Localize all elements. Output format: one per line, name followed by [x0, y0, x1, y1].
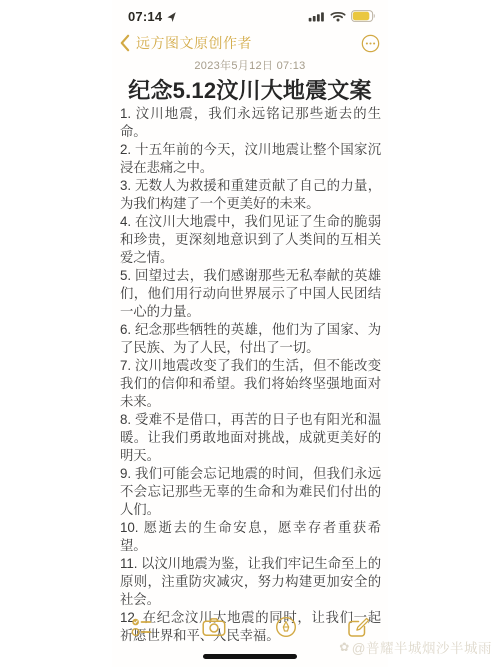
note-paragraph: 9. 我们可能会忘记地震的时间，但我们永远不会忘记那些无辜的生命和为难民们付出的… [120, 465, 381, 519]
note-paragraph: 11. 以汶川地震为鉴，让我们牢记生命至上的原则，注重防灾减灾，努力构建更加安全… [120, 555, 381, 609]
note-paragraph: 4. 在汶川大地震中，我们见证了生命的脆弱和珍贵，更深刻地意识到了人类间的互相关… [120, 213, 381, 267]
ellipsis-circle-icon [361, 34, 380, 53]
cellular-signal-icon [308, 11, 325, 22]
phone-screen: 07:14 [112, 0, 388, 667]
compose-icon [347, 616, 369, 638]
status-time: 07:14 [128, 9, 162, 24]
back-button-label: 远方图文原创作者 [136, 33, 252, 53]
markup-icon [275, 616, 297, 638]
wifi-icon [330, 10, 346, 22]
nav-bar: 远方图文原创作者 [119, 31, 380, 55]
home-indicator[interactable] [203, 654, 297, 659]
note-paragraph: 6. 纪念那些牺牲的英雄，他们为了国家、为了民族、为了人民，付出了一切。 [120, 321, 381, 357]
markup-button[interactable] [274, 615, 298, 639]
watermark-text: @普耀半城烟沙半城雨 [352, 637, 492, 657]
battery-icon [351, 10, 376, 22]
screenshot-canvas: 07:14 [0, 0, 500, 667]
note-paragraph: 1. 汶川地震，我们永远铭记那些逝去的生命。 [120, 105, 381, 141]
camera-button[interactable] [202, 615, 226, 639]
note-paragraph: 10. 愿逝去的生命安息，愿幸存者重获希望。 [120, 519, 381, 555]
watermark: ✿ @普耀半城烟沙半城雨 [339, 637, 492, 657]
note-date: 2023年5月12日 07:13 [112, 57, 388, 73]
status-bar: 07:14 [128, 7, 376, 25]
note-paragraph: 8. 受难不是借口，再苦的日子也有阳光和温暖。让我们勇敢地面对挑战，成就更美好的… [120, 411, 381, 465]
checklist-button[interactable] [130, 615, 154, 639]
more-options-button[interactable] [361, 34, 380, 53]
bottom-toolbar [130, 611, 370, 643]
camera-icon [202, 616, 226, 638]
note-paragraph: 5. 回望过去，我们感谢那些无私奉献的英雄们，他们用行动向世界展示了中国人民团结… [120, 267, 381, 321]
checklist-icon [131, 616, 153, 638]
note-paragraph: 3. 无数人为救援和重建贡献了自己的力量，为我们构建了一个更美好的未来。 [120, 177, 381, 213]
note-paragraph: 7. 汶川地震改变了我们的生活，但不能改变我们的信仰和希望。我们将始终坚强地面对… [120, 357, 381, 411]
compose-button[interactable] [346, 615, 370, 639]
chevron-left-icon [119, 34, 130, 52]
watermark-logo-icon: ✿ [339, 640, 350, 654]
note-paragraph: 2. 十五年前的今天，汶川地震让整个国家沉浸在悲痛之中。 [120, 141, 381, 177]
note-title: 纪念5.12汶川大地震文案 [112, 77, 388, 104]
note-body[interactable]: 1. 汶川地震，我们永远铭记那些逝去的生命。2. 十五年前的今天，汶川地震让整个… [120, 105, 381, 645]
location-arrow-icon [166, 11, 177, 22]
back-button[interactable]: 远方图文原创作者 [119, 33, 252, 53]
